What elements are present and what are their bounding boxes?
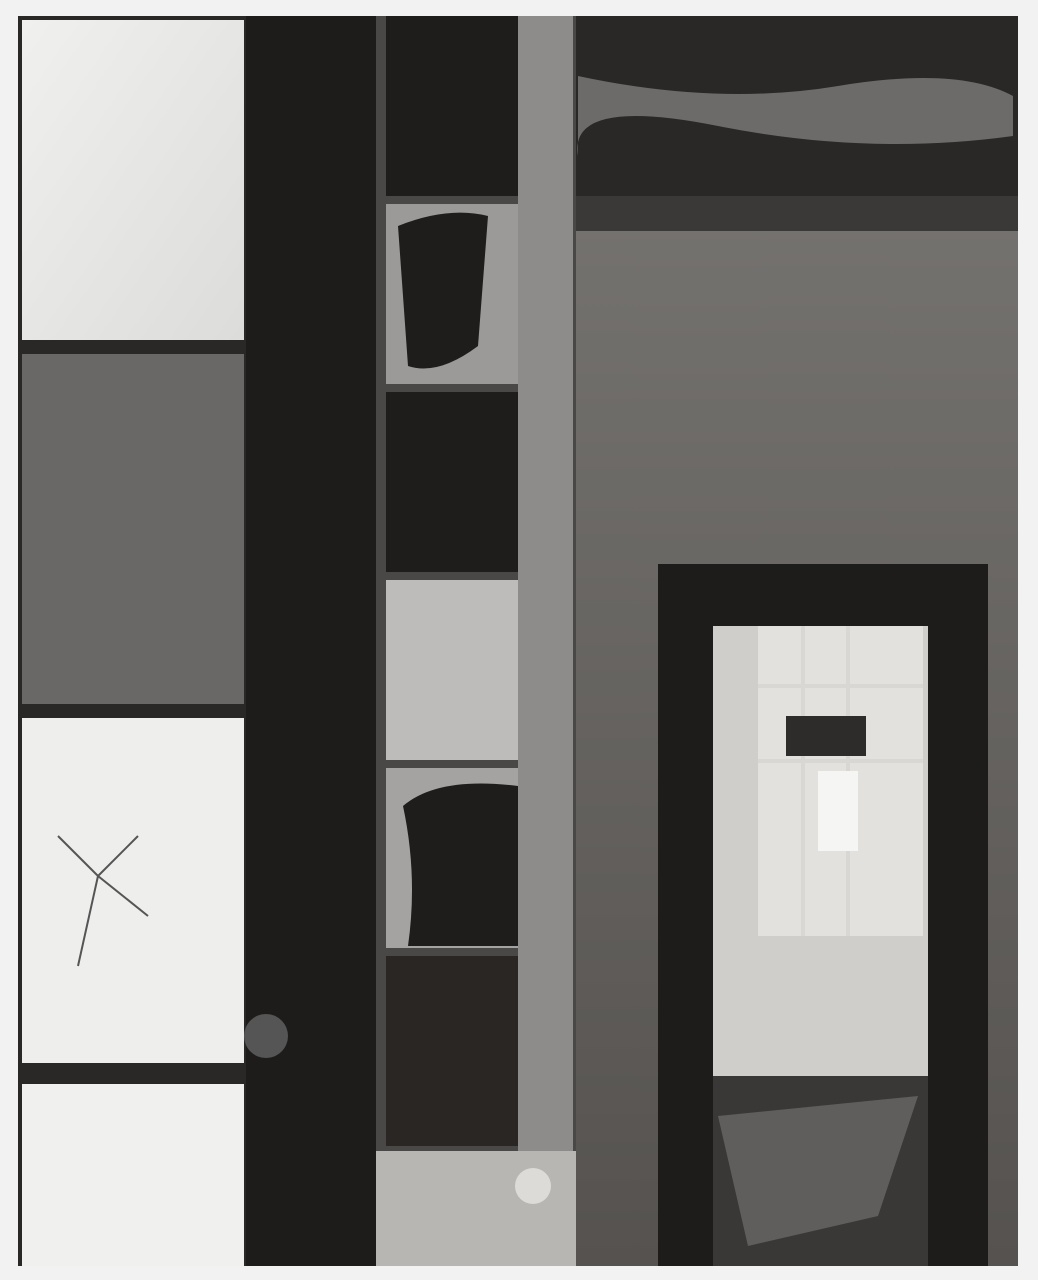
scene [18,16,1018,1266]
door-knob [244,1014,288,1058]
photograph [18,16,1018,1266]
glass-pane [22,20,244,340]
glass-pane-reflection [22,354,244,704]
door-frame [246,16,376,1266]
door-knob [515,1168,551,1204]
glass-pane-cracked [22,718,244,1063]
cornice [573,196,1018,231]
